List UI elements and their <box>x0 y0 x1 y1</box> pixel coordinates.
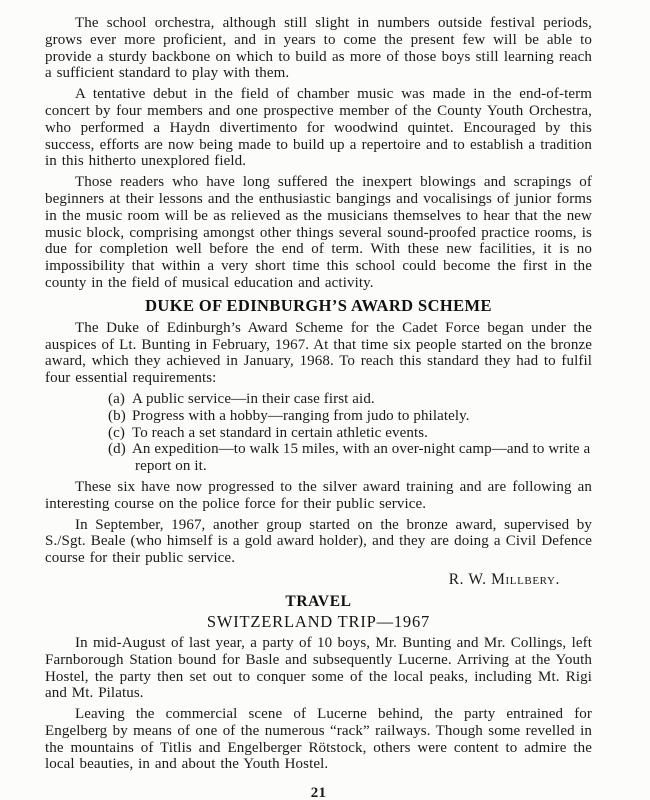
page-content: The school orchestra, although still sli… <box>0 0 650 800</box>
paragraph-travel-1: In mid-August of last year, a party of 1… <box>45 635 592 702</box>
requirement-text: A public service—in their case first aid… <box>132 391 375 407</box>
requirement-item-a: (a)A public service—in their case first … <box>108 391 592 408</box>
paragraph-travel-2: Leaving the commercial scene of Lucerne … <box>45 706 592 773</box>
requirement-item-d: (d)An expedition—to walk 15 miles, with … <box>108 441 592 475</box>
paragraph-award-silver: These six have now progressed to the sil… <box>45 479 592 513</box>
travel-heading: TRAVEL <box>45 593 592 610</box>
requirement-marker: (b) <box>108 408 132 425</box>
paragraph-orchestra-2: A tentative debut in the field of chambe… <box>45 86 592 170</box>
requirement-marker: (d) <box>108 441 132 458</box>
requirement-marker: (a) <box>108 391 132 408</box>
requirement-marker: (c) <box>108 425 132 442</box>
author-signature: R. W. Millbery. <box>45 571 560 589</box>
paragraph-orchestra-3: Those readers who have long suffered the… <box>45 174 592 292</box>
document-page: The school orchestra, although still sli… <box>0 0 650 800</box>
switzerland-trip-subheading: SWITZERLAND TRIP—1967 <box>45 612 592 631</box>
requirement-text: An expedition—to walk 15 miles, with an … <box>132 441 590 474</box>
paragraph-award-intro: The Duke of Edinburgh’s Award Scheme for… <box>45 320 592 387</box>
paragraph-award-september: In September, 1967, another group starte… <box>45 517 592 567</box>
requirements-list: (a)A public service—in their case first … <box>108 391 592 475</box>
page-number: 21 <box>45 785 592 800</box>
paragraph-orchestra-1: The school orchestra, although still sli… <box>45 15 592 82</box>
requirement-item-b: (b)Progress with a hobby—ranging from ju… <box>108 408 592 425</box>
requirement-text: Progress with a hobby—ranging from judo … <box>132 408 470 424</box>
requirement-text: To reach a set standard in certain athle… <box>132 425 428 441</box>
award-scheme-heading: DUKE OF EDINBURGH’S AWARD SCHEME <box>45 296 592 316</box>
requirement-item-c: (c)To reach a set standard in certain at… <box>108 425 592 442</box>
